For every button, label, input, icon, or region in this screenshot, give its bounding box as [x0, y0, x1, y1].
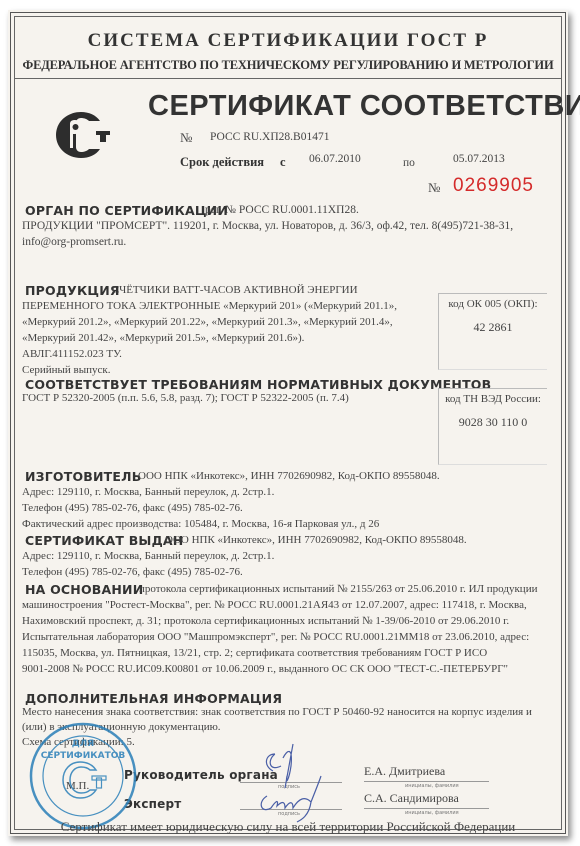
- certificate-sheet: СИСТЕМА СЕРТИФИКАЦИИ ГОСТ Р ФЕДЕРАЛЬНОЕ …: [8, 10, 568, 836]
- okp-code-label: код ОК 005 (ОКП):: [439, 294, 547, 310]
- manufacturer-line-4: Фактический адрес производства: 105484, …: [22, 518, 379, 532]
- validity-from-date: 06.07.2010: [309, 153, 361, 165]
- tnved-code-label: код ТН ВЭД России:: [439, 389, 547, 405]
- manufacturer-line-3: Телефон (495) 785-02-76, факс (495) 785-…: [22, 502, 243, 516]
- cert-number: РОСС RU.ХП28.В01471: [210, 131, 329, 143]
- head-name-line: [364, 781, 489, 782]
- expert-name-caption: инициалы, фамилия: [405, 810, 459, 816]
- okp-code-box: код ОК 005 (ОКП): 42 2861: [438, 293, 547, 370]
- basis-line-4: Испытательная лаборатория ООО "Машпромэк…: [22, 631, 529, 645]
- document-title: СЕРТИФИКАТ СООТВЕТСТВИЯ: [148, 90, 580, 123]
- expert-name-line: [364, 808, 489, 809]
- product-line-2: ПЕРЕМЕННОГО ТОКА ЭЛЕКТРОННЫЕ «Меркурий 2…: [22, 300, 397, 314]
- requirements-text: ГОСТ Р 52320-2005 (п.п. 5.6, 5.8, разд. …: [22, 392, 349, 406]
- product-label: ПРОДУКЦИЯ: [25, 283, 120, 298]
- validity-to-date: 05.07.2013: [453, 153, 505, 165]
- product-line-3: «Меркурий 201.2», «Меркурий 201.22», «Ме…: [22, 316, 393, 330]
- issued-to-line-1: ООО НПК «Инкотекс», ИНН 7702690982, Код-…: [165, 534, 467, 548]
- serial-sign: №: [428, 180, 440, 196]
- manufacturer-line-2: Адрес: 129110, г. Москва, Банный переуло…: [22, 486, 274, 500]
- tnved-code-box: код ТН ВЭД России: 9028 30 110 0: [438, 388, 547, 465]
- expert-name: С.А. Сандимирова: [364, 791, 459, 806]
- product-line-6: Серийный выпуск.: [22, 364, 111, 378]
- cert-number-sign: №: [180, 130, 192, 146]
- validity-to-label: по: [403, 157, 415, 169]
- issued-to-label: СЕРТИФИКАТ ВЫДАН: [25, 533, 183, 548]
- head-name-caption: инициалы, фамилия: [405, 783, 459, 789]
- basis-line-5: 115035, Москва, ул. Пятницкая, 13/21, ст…: [22, 647, 487, 661]
- issued-to-line-3: Телефон (495) 785-02-76, факс (495) 785-…: [22, 566, 243, 580]
- header-divider: [15, 78, 561, 79]
- rst-logo-icon: [56, 112, 114, 158]
- additional-label: ДОПОЛНИТЕЛЬНАЯ ИНФОРМАЦИЯ: [25, 691, 282, 706]
- basis-label: НА ОСНОВАНИИ: [25, 582, 143, 597]
- system-heading: СИСТЕМА СЕРТИФИКАЦИИ ГОСТ Р: [8, 30, 568, 52]
- basis-line-3: Нахимовский проспект, д. 31; протокола с…: [22, 615, 509, 629]
- product-line-1: СЧЁТЧИКИ ВАТТ-ЧАСОВ АКТИВНОЙ ЭНЕРГИИ: [112, 284, 358, 298]
- product-line-5: АВЛГ.411152.023 ТУ.: [22, 348, 122, 362]
- basis-line-1: протокола сертификационных испытаний № 2…: [139, 583, 537, 597]
- cert-body-line-1: рег. № РОСС RU.0001.11ХП28.: [205, 204, 359, 218]
- requirements-label: СООТВЕТСТВУЕТ ТРЕБОВАНИЯМ НОРМАТИВНЫХ ДО…: [25, 377, 491, 392]
- svg-text:ДЛЯ: ДЛЯ: [72, 739, 94, 749]
- validity-label: Срок действия: [180, 155, 264, 170]
- cert-body-label: ОРГАН ПО СЕРТИФИКАЦИИ: [25, 203, 228, 218]
- footer-legal-text: Сертификат имеет юридическую силу на все…: [8, 819, 568, 835]
- validity-from-label: с: [280, 155, 286, 170]
- product-line-4: «Меркурий 201.42», «Меркурий 201.5», «Ме…: [22, 332, 304, 346]
- agency-heading: ФЕДЕРАЛЬНОЕ АГЕНТСТВО ПО ТЕХНИЧЕСКОМУ РЕ…: [8, 58, 568, 73]
- manufacturer-line-1: ООО НПК «Инкотекс», ИНН 7702690982, Код-…: [138, 470, 440, 484]
- signature-marks: [253, 736, 343, 826]
- serial-number: 0269905: [453, 175, 534, 197]
- tnved-code-value: 9028 30 110 0: [439, 415, 547, 430]
- issued-to-line-2: Адрес: 129110, г. Москва, Банный переуло…: [22, 550, 274, 564]
- okp-code-value: 42 2861: [439, 320, 547, 335]
- manufacturer-label: ИЗГОТОВИТЕЛЬ: [25, 469, 141, 484]
- basis-line-6: 9001-2008 № РОСС RU.ИС09.К00801 от 10.06…: [22, 663, 508, 677]
- cert-body-line-2: ПРОДУКЦИИ "ПРОМСЕРТ". 119201, г. Москва,…: [22, 220, 513, 234]
- seal-stamp-icon: ДЛЯ СЕРТИФИКАТОВ: [28, 708, 138, 830]
- cert-body-email: info@org-promsert.ru.: [22, 236, 126, 250]
- head-name: Е.А. Дмитриева: [364, 764, 445, 779]
- basis-line-2: машиностроения "Ростест-Москва", рег. № …: [22, 599, 527, 613]
- svg-text:СЕРТИФИКАТОВ: СЕРТИФИКАТОВ: [41, 751, 126, 761]
